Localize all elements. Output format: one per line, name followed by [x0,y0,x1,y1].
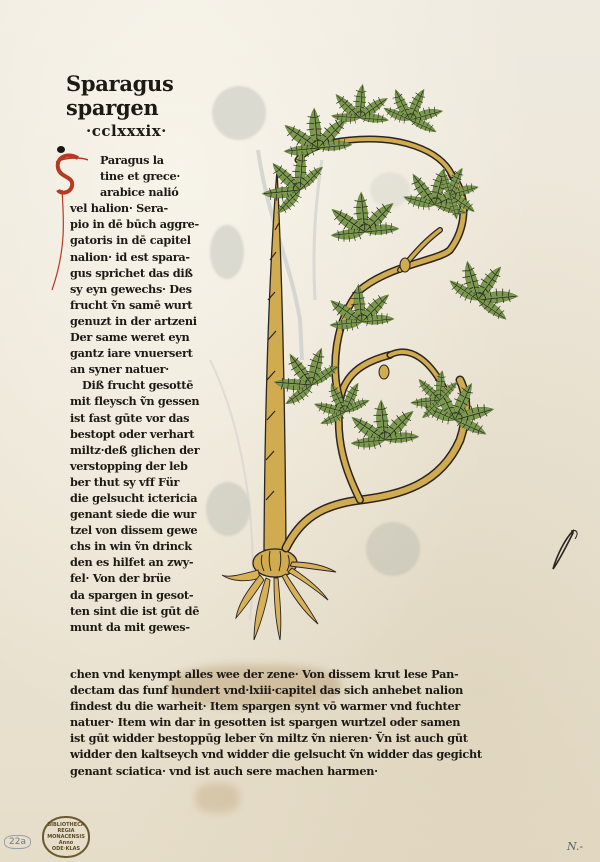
text-line: widder den kaltseych vnd widder die gels… [70,746,540,762]
title-line-german: spargen [66,96,174,120]
text-line: Der same weret eyn [70,329,240,345]
text-line: natuer· Item win dar in gesotten ist spa… [70,714,540,730]
text-line: vel halion· Sera‑ [70,200,240,216]
library-stamp: BIBLIOTHECA REGIA MONACENSIS Anno ODE·KL… [42,816,90,858]
text-line: an syner natuer· [70,361,240,377]
corner-pencil-note: N.‑ [567,840,583,853]
text-line: gantz iare vnuersert [70,345,240,361]
text-line: ist fast gūte vor das [70,410,240,426]
text-line: findest du die warheit· Item spargen syn… [70,698,540,714]
text-line: dectam das funf hundert vnd·lxiii·capite… [70,682,540,698]
text-line: munt da mit gewes‑ [70,619,240,635]
text-line: mit fleysch ṽn gessen [70,393,240,409]
text-line: verstopping der leb [70,458,240,474]
text-line: arabice nalió [70,184,240,200]
title-line-latin: Sparagus [66,72,174,96]
text-line: den es hilfet an zwy‑ [70,554,240,570]
text-line: genant siede die wur [70,506,240,522]
text-line: gatoris in dē capitel [70,232,240,248]
text-line: die gelsucht ictericia [70,490,240,506]
chapter-number: ·cclxxxix· [86,122,167,140]
margin-ink-mark [545,525,585,575]
column-text: Paragus la tine et grece· arabice nalió … [70,152,240,635]
text-line: sy eyn gewechs· Des [70,281,240,297]
full-width-text: chen vnd kenympt alles wee der zene· Von… [70,666,540,779]
text-line: ist gūt widder bestoppūg leber ṽn miltz… [70,730,540,746]
text-line: bestopt oder verhart [70,426,240,442]
text-line: chs in win ṽn drinck [70,538,240,554]
text-line: genuzt in der artzeni [70,313,240,329]
text-line: Diß frucht gesottē [70,377,240,393]
manuscript-page: Sparagus spargen ·cclxxxix· Paragus la t… [0,0,600,862]
text-line: Paragus la [70,152,240,168]
text-line: gus sprichet das diß [70,265,240,281]
text-line: tine et grece· [70,168,240,184]
ink-dot [57,146,65,153]
text-line: da spargen in gesot‑ [70,587,240,603]
text-line: miltz·deß glichen der [70,442,240,458]
text-line: pio in dē būch aggre‑ [70,216,240,232]
text-line: tzel von dissem gewe [70,522,240,538]
herb-title: Sparagus spargen [66,72,174,120]
text-line: genant sciatica· vnd ist auch sere mache… [70,763,540,779]
text-line: nalion· id est spara‑ [70,249,240,265]
stamp-line: ODE·KLAS [46,846,86,852]
text-line: ten sint die ist gūt dē [70,603,240,619]
text-line: frucht ṽn samē wurt [70,297,240,313]
text-line: chen vnd kenympt alles wee der zene· Von… [70,666,540,682]
text-line: fel· Von der brüe [70,570,240,586]
text-line: ber thut sy vff Für [70,474,240,490]
shelf-mark: 22a [4,835,31,849]
